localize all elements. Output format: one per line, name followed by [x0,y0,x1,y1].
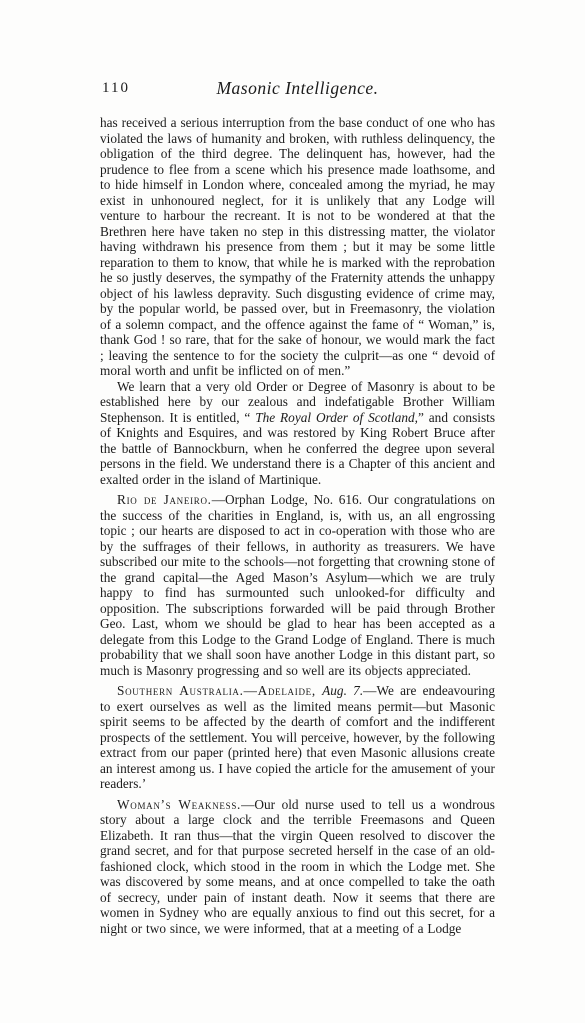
paragraph: We learn that a very old Order or Degree… [100,379,495,488]
text-segment-italic: Aug. 7. [322,683,363,698]
text-segment-normal: has received a serious interruption from… [100,115,495,378]
paragraph: Rio de Janeiro.—Orphan Lodge, No. 616. O… [100,492,495,678]
page-header: 110 Masonic Intelligence. [100,78,495,102]
text-segment-italic: The Royal Order of Scotland, [255,410,418,425]
paragraph: Southern Australia.—Adelaide, Aug. 7.—We… [100,683,495,792]
text-segment-normal: —Our old nurse used to tell us a wondrou… [100,797,495,936]
text-segment-normal: —Orphan Lodge, No. 616. Our congratulati… [100,492,495,678]
text-segment-smallcaps: Woman’s Weakness. [117,797,241,812]
running-title: Masonic Intelligence. [100,78,495,99]
text-segment-smallcaps: Rio de Janeiro. [117,492,212,507]
page-number: 110 [102,80,130,97]
text-segment-smallcaps: Southern Australia.—Adelaide, [117,683,316,698]
scanned-page: 110 Masonic Intelligence. has received a… [0,0,585,1023]
text-segment-normal: —We are endeavouring to exert ourselves … [100,683,495,791]
paragraph: Woman’s Weakness.—Our old nurse used to … [100,797,495,937]
paragraph: has received a serious interruption from… [100,115,495,379]
page-body: has received a serious interruption from… [100,115,495,936]
